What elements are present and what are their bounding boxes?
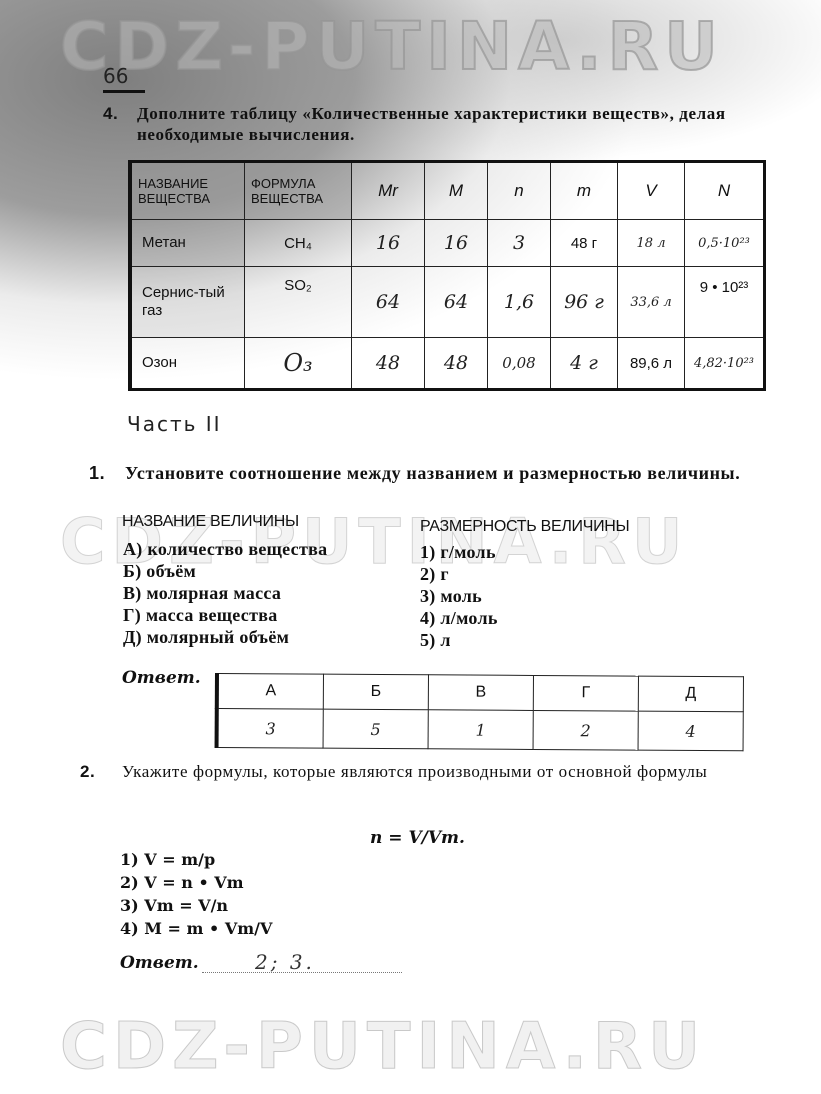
list-item: 5) л [420,629,498,651]
answer-value: 2; 3. [255,950,315,974]
cell-name: Озон [130,338,245,390]
table-row: Озон O₃ 48 48 0,08 4 г 89,6 л 4,82·10²³ [130,338,765,390]
header-volume: V [618,162,685,220]
list-item: 3) моль [420,585,498,607]
list-item: В) молярная масса [123,582,327,604]
table-row: Сернис-тый газ SO₂ 64 64 1,6 96 г 33,6 л… [130,267,765,338]
task-text: Укажите формулы, которые являются произв… [122,762,707,781]
answer-letter: Д [638,676,743,712]
header-mass: m [551,162,618,220]
cell-mr: 16 [352,220,425,267]
answer-value: 1 [428,710,533,750]
cell-molar-mass: 48 [425,338,488,390]
list-item: 4) л/моль [420,607,498,629]
cell-molar-mass: 64 [425,267,488,338]
answer-value: 5 [323,709,428,749]
cell-formula: O₃ [245,338,352,390]
answer-value: 2 [533,710,638,750]
cell-amount: 3 [488,220,551,267]
cell-amount: 1,6 [488,267,551,338]
header-formula: ФОРМУЛА ВЕЩЕСТВА [245,162,352,220]
answer-value: 4 [638,711,743,751]
cell-mass: 96 г [551,267,618,338]
part-title: Часть II [127,412,222,436]
answer-label: Ответ. [120,953,199,973]
quantity-name-header: НАЗВАНИЕ ВЕЛИЧИНЫ [122,513,299,531]
cell-formula: CH₄ [245,220,352,267]
cell-volume: 89,6 л [618,338,685,390]
answer-values-row: 3 5 1 2 4 [217,709,744,751]
list-item: 1) г/моль [420,541,498,563]
answer-label: Ответ. [122,668,201,688]
list-item: А) количество вещества [123,538,327,560]
header-particles: N [685,162,765,220]
main-formula: n = V/Vm. [370,828,465,848]
cell-formula: SO₂ [245,267,352,338]
cell-volume: 18 л [618,220,685,267]
task-text: Установите соотношение между названием и… [125,463,740,483]
page-number: 66 [103,64,145,93]
header-mr: Mr [352,162,425,220]
formula-option: 3) Vm = V/n [120,894,272,917]
answer-letter: Г [533,675,638,711]
header-name: НАЗВАНИЕ ВЕЩЕСТВА [130,162,245,220]
substance-table: НАЗВАНИЕ ВЕЩЕСТВА ФОРМУЛА ВЕЩЕСТВА Mr M … [128,160,766,391]
unit-header: РАЗМЕРНОСТЬ ВЕЛИЧИНЫ [420,518,629,536]
formula-option: 4) M = m • Vm/V [120,917,272,940]
task-4: 4. Дополните таблицу «Количественные хар… [137,103,747,145]
quantity-name-list: А) количество вещества Б) объём В) моляр… [123,538,327,648]
task-number: 2. [80,762,95,782]
cell-mr: 64 [352,267,425,338]
cell-name: Метан [130,220,245,267]
list-item: Д) молярный объём [123,626,327,648]
answer-letter: Б [323,674,428,710]
header-molar-mass: M [425,162,488,220]
cell-amount: 0,08 [488,338,551,390]
task-number: 1. [89,462,105,484]
answer-value: 3 [217,709,324,749]
list-item: Г) масса вещества [123,604,327,626]
answer-letters-row: А Б В Г Д [217,674,744,712]
cell-mass: 48 г [551,220,618,267]
answer-letter: А [217,674,324,710]
task-number: 4. [103,103,118,124]
watermark-top: CDZ-PUTINA.RU [60,8,724,85]
formula-options: 1) V = m/p 2) V = n • Vm 3) Vm = V/n 4) … [120,848,272,940]
task-text: Дополните таблицу «Количественные характ… [137,104,726,144]
formula-option: 2) V = n • Vm [120,871,272,894]
formula-option: 1) V = m/p [120,848,272,871]
answer-table: А Б В Г Д 3 5 1 2 4 [215,673,744,751]
table-header-row: НАЗВАНИЕ ВЕЩЕСТВА ФОРМУЛА ВЕЩЕСТВА Mr M … [130,162,765,220]
task-2: 2. Укажите формулы, которые являются про… [122,762,742,782]
cell-mr: 48 [352,338,425,390]
cell-volume: 33,6 л [618,267,685,338]
cell-molar-mass: 16 [425,220,488,267]
table-row: Метан CH₄ 16 16 3 48 г 18 л 0,5·10²³ [130,220,765,267]
unit-list: 1) г/моль 2) г 3) моль 4) л/моль 5) л [420,541,498,651]
list-item: 2) г [420,563,498,585]
cell-name: Сернис-тый газ [130,267,245,338]
cell-particles: 9 • 10²³ [685,267,765,338]
answer-letter: В [428,675,533,711]
task-1: 1. Установите соотношение между название… [125,462,745,484]
list-item: Б) объём [123,560,327,582]
cell-particles: 0,5·10²³ [685,220,765,267]
cell-particles: 4,82·10²³ [685,338,765,390]
cell-mass: 4 г [551,338,618,390]
watermark-bottom: CDZ-PUTINA.RU [60,1010,706,1084]
header-amount: n [488,162,551,220]
